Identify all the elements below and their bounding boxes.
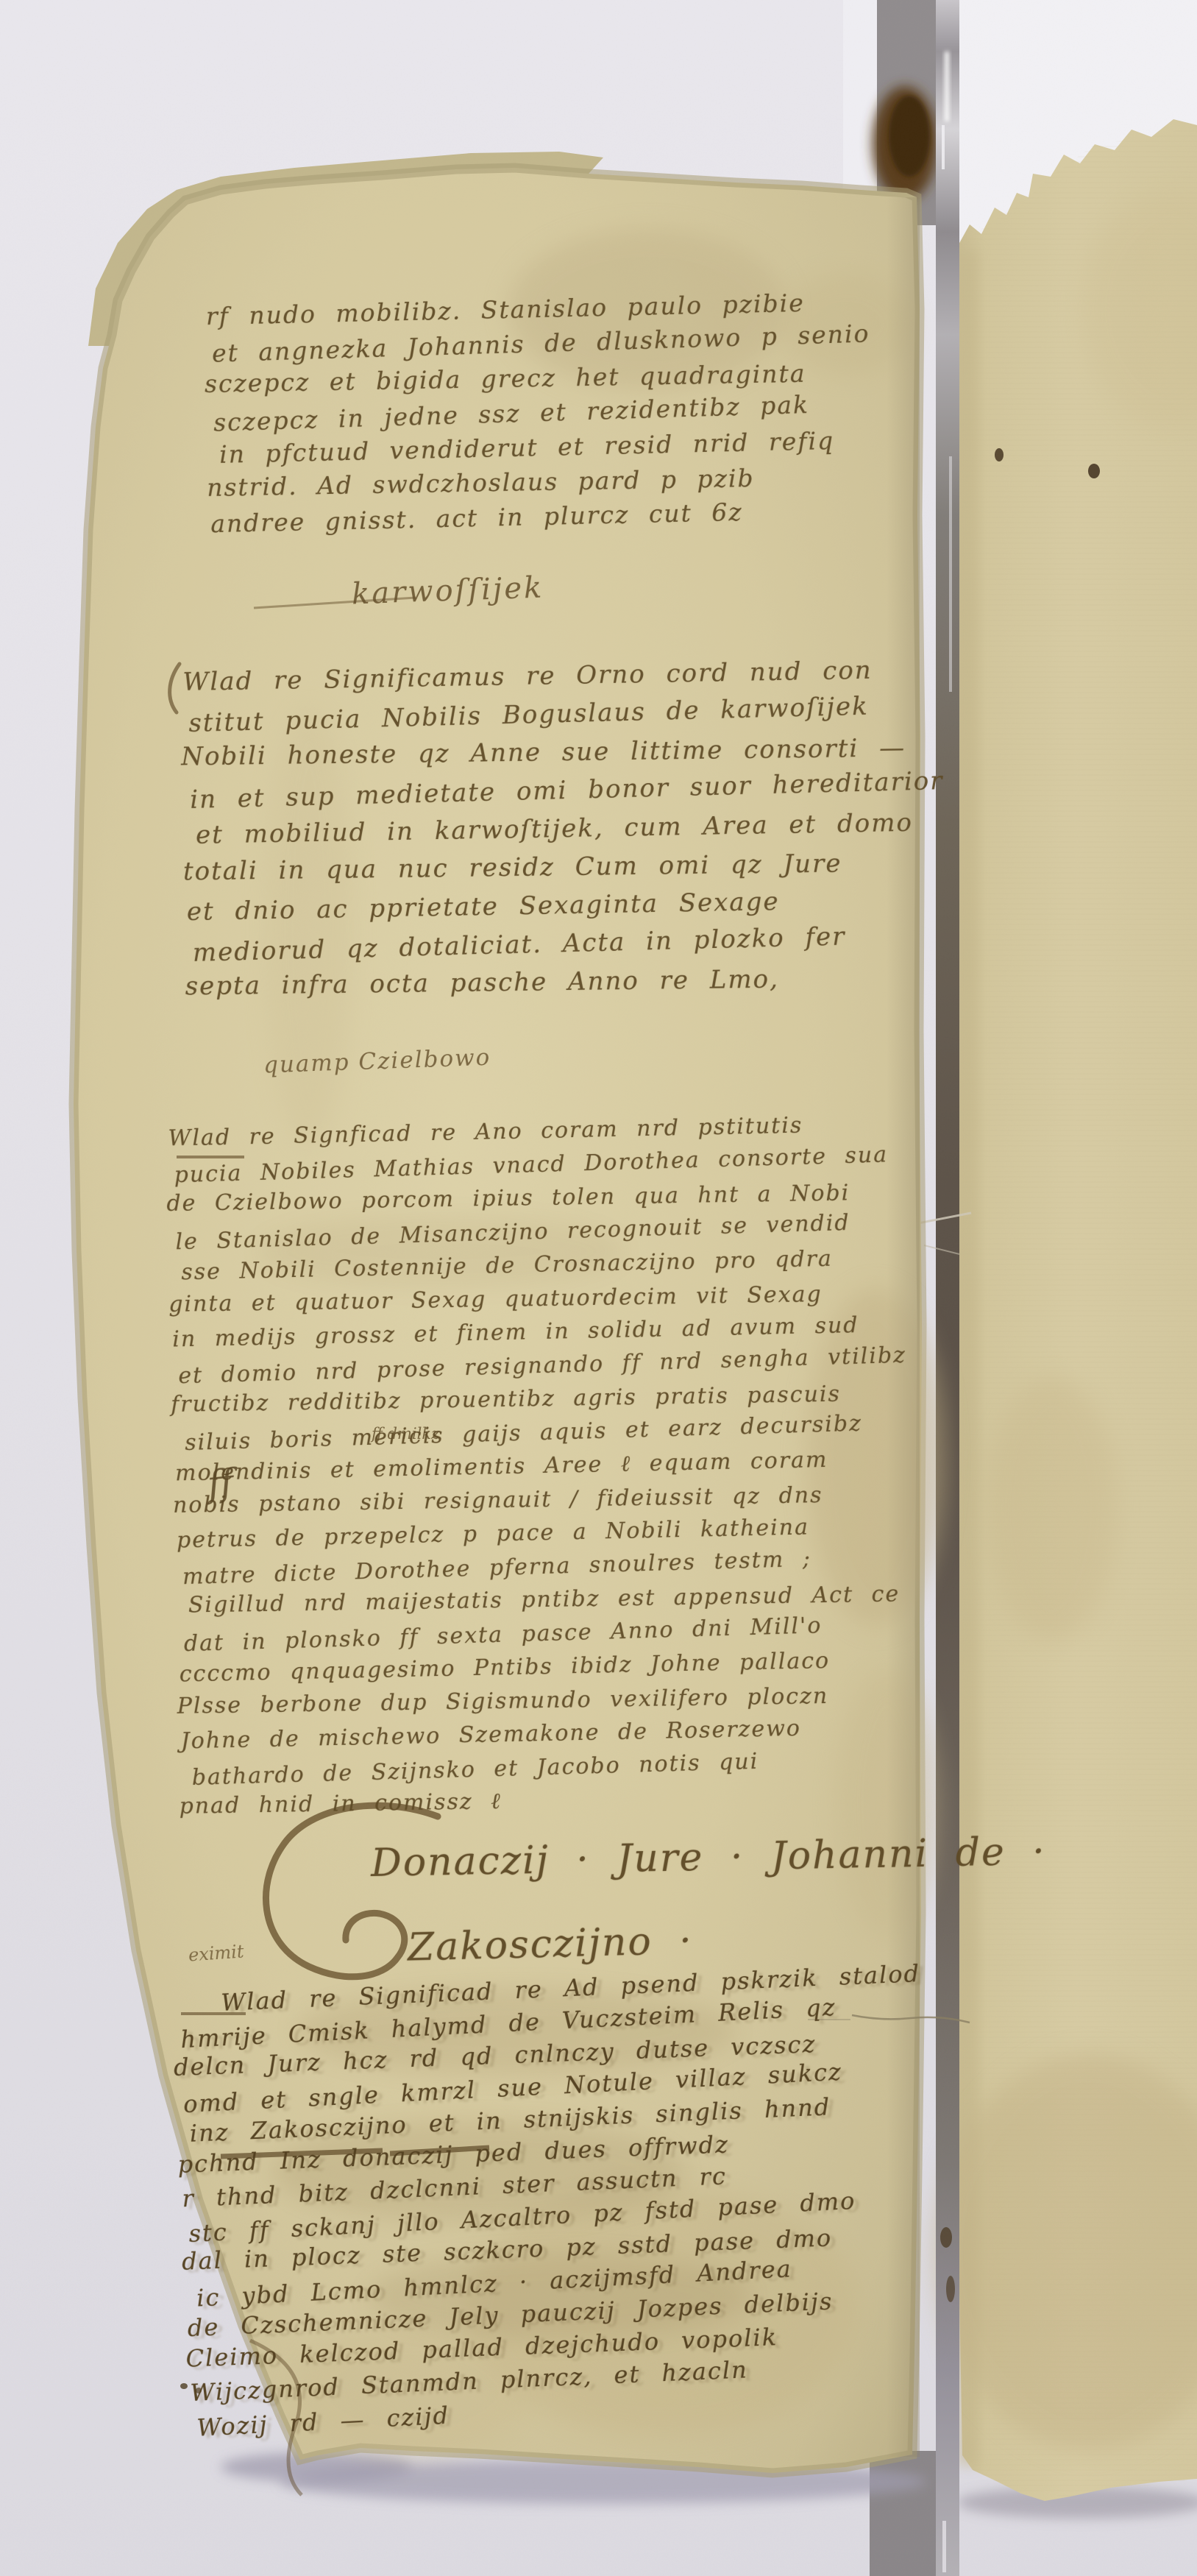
note-eximit: eximit (188, 1941, 244, 1965)
entry-top-paragraph: rf nudo mobilibz. Stanislao paulo pzibie… (205, 284, 874, 541)
manuscript-line: Donaczij · Jure · Johanni de · (370, 1811, 1047, 1905)
inscription-donatio: Donaczij · Jure · Johanni de ·Zakosczijn… (370, 1811, 1048, 1987)
interlinear-note: ff dmilkz (372, 1425, 439, 1443)
heading-czielkowo: quamp Czielbowo (263, 1044, 491, 1079)
entry-zakosczino-paragraph: Wlad re Significad re Ad psend pskrzik s… (174, 1957, 939, 2441)
heading-karwosijek: karwoſſijek (351, 570, 544, 611)
entry-czielkowo-paragraph: Wlad re Signficad re Ano coram nrd pstit… (168, 1107, 916, 1825)
entry-karwosijek-paragraph: Wlad re Significamus re Orno cord nud co… (182, 650, 947, 1008)
manuscript-photo: ʒ6 cʒ (0, 0, 1197, 2576)
marginal-ff-monogram: ff (205, 1460, 235, 1505)
handwriting-layer: rf nudo mobilibz. Stanislao paulo pzibie… (0, 0, 1197, 2576)
